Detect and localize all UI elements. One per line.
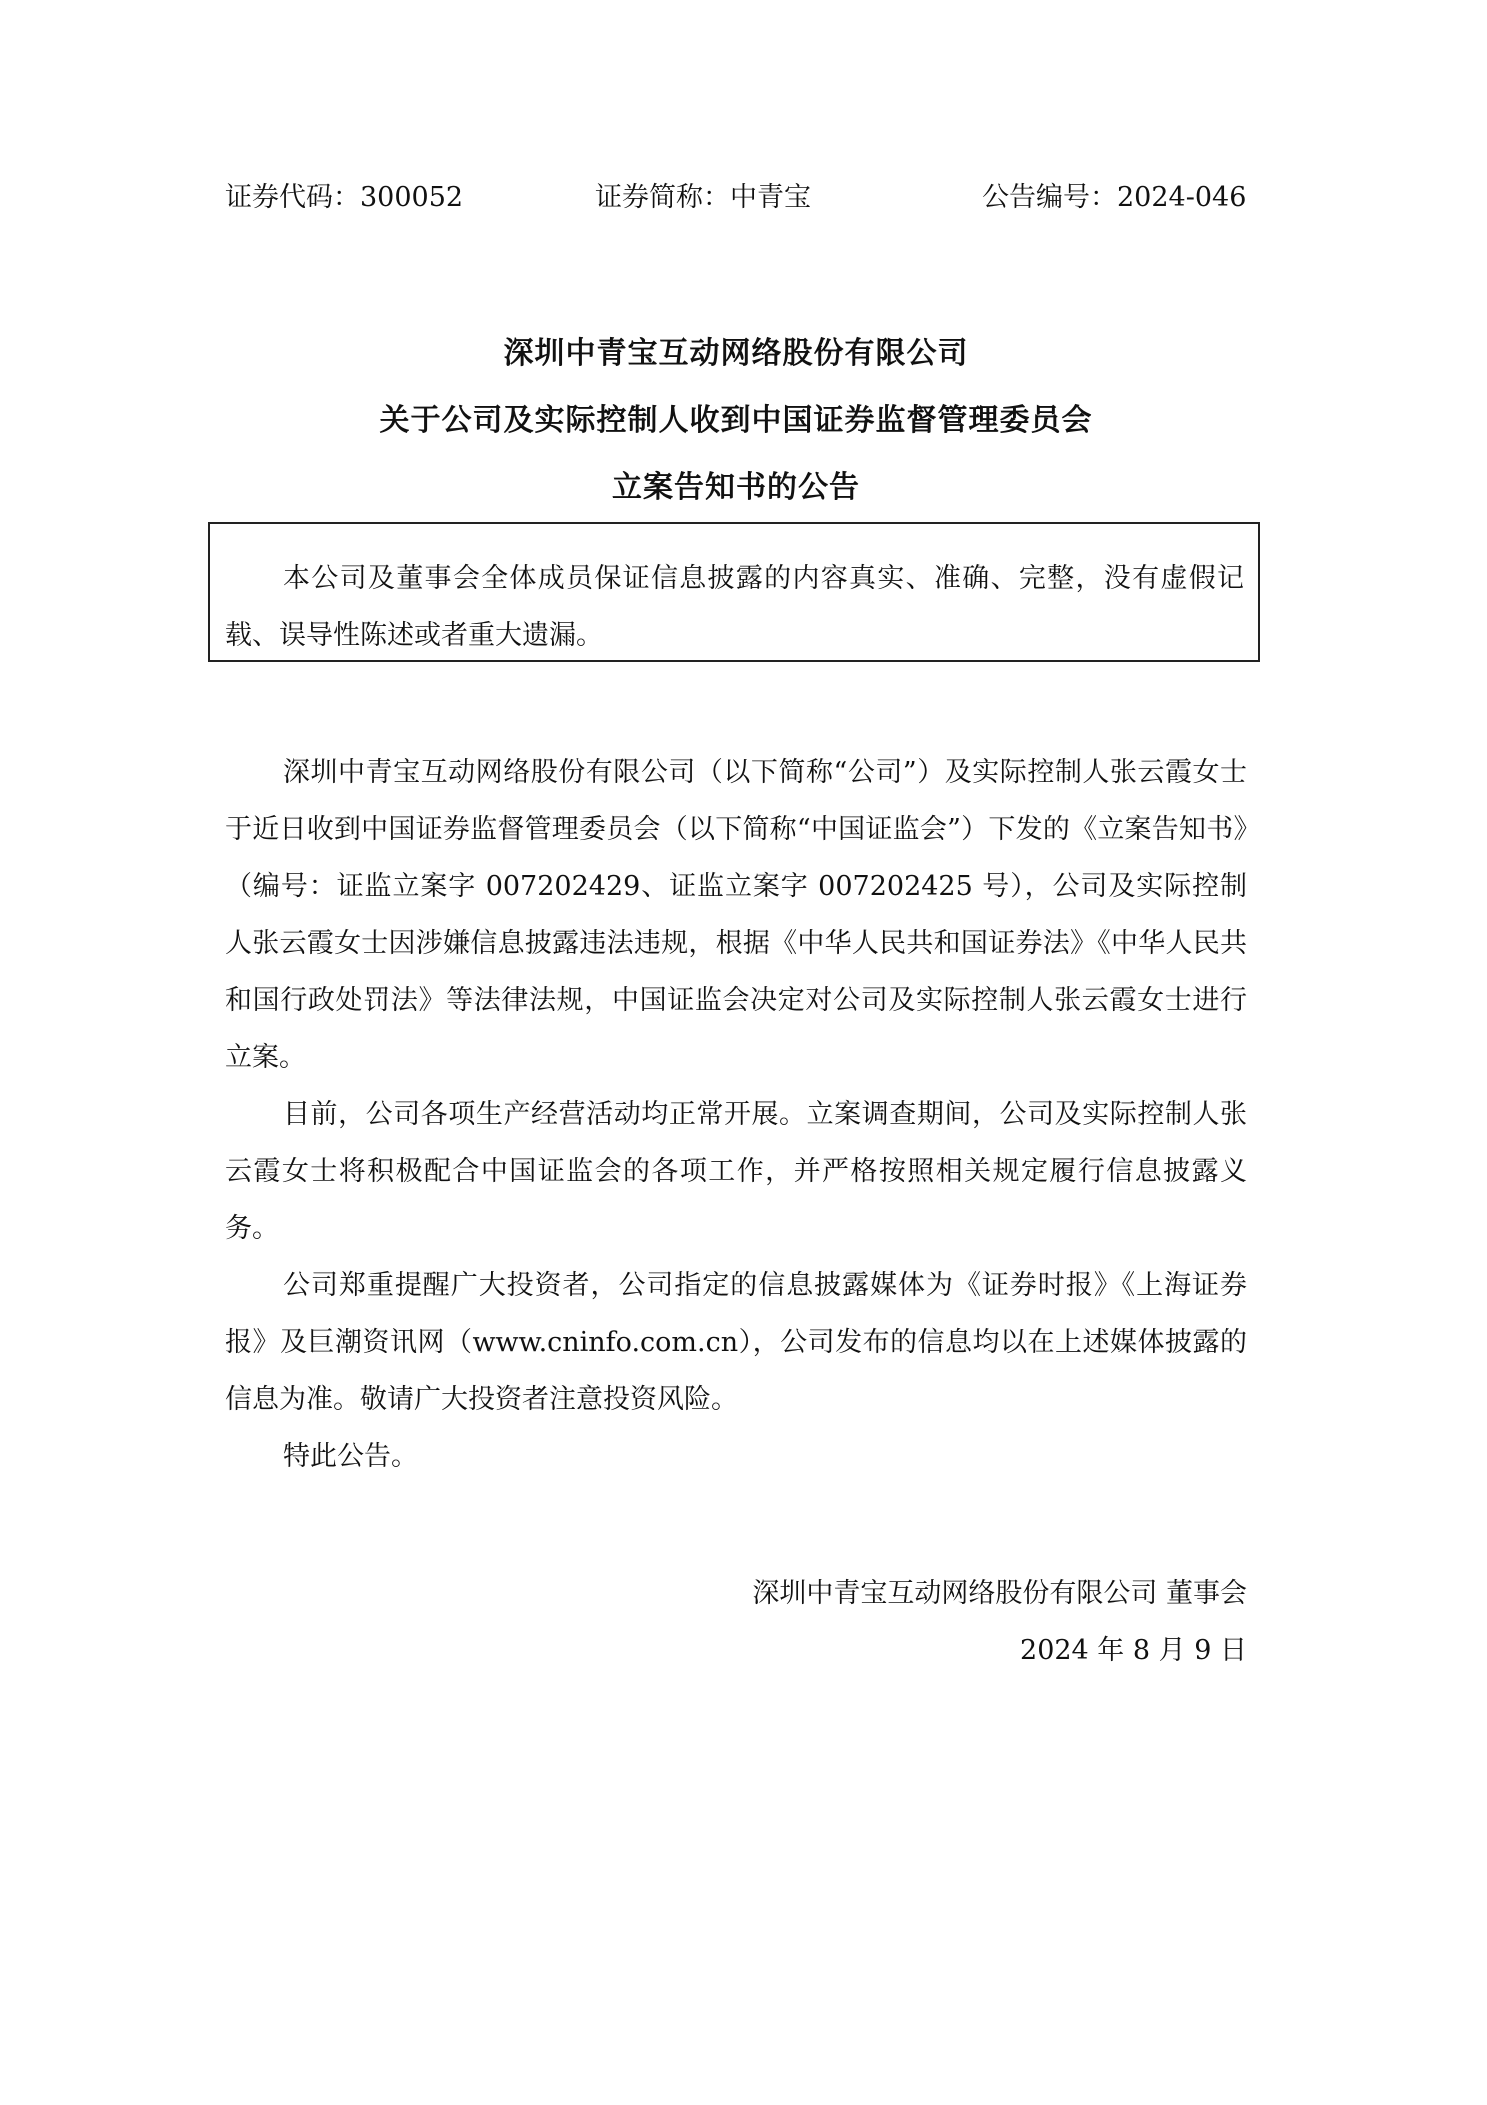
disclosure-statement-box: 本公司及董事会全体成员保证信息披露的内容真实、准确、完整，没有虚假记载、误导性陈…	[208, 522, 1260, 662]
announcement-body: 深圳中青宝互动网络股份有限公司（以下简称“公司”）及实际控制人张云霞女士于近日收…	[225, 744, 1247, 1485]
paragraph-investor-reminder: 公司郑重提醒广大投资者，公司指定的信息披露媒体为《证券时报》《上海证券报》及巨潮…	[225, 1257, 1247, 1428]
signature-block: 深圳中青宝互动网络股份有限公司 董事会 2024 年 8 月 9 日	[225, 1565, 1247, 1679]
paragraph-operations-status: 目前，公司各项生产经营活动均正常开展。立案调查期间，公司及实际控制人张云霞女士将…	[225, 1086, 1247, 1257]
title-line-topic: 立案告知书的公告	[225, 454, 1247, 521]
issuer-name: 深圳中青宝互动网络股份有限公司 董事会	[225, 1565, 1247, 1622]
issue-date: 2024 年 8 月 9 日	[225, 1622, 1247, 1679]
stock-abbreviation: 证券简称：中青宝	[595, 178, 811, 218]
paragraph-closing: 特此公告。	[225, 1428, 1247, 1485]
document-header: 证券代码：300052 证券简称：中青宝 公告编号：2024-046	[225, 178, 1255, 218]
document-page: 证券代码：300052 证券简称：中青宝 公告编号：2024-046 深圳中青宝…	[0, 0, 1487, 2105]
disclosure-statement-text: 本公司及董事会全体成员保证信息披露的内容真实、准确、完整，没有虚假记载、误导性陈…	[225, 563, 1244, 651]
title-line-subject: 关于公司及实际控制人收到中国证券监督管理委员会	[225, 387, 1247, 454]
stock-code: 证券代码：300052	[225, 178, 463, 218]
document-title: 深圳中青宝互动网络股份有限公司 关于公司及实际控制人收到中国证券监督管理委员会 …	[225, 320, 1247, 521]
announcement-number: 公告编号：2024-046	[982, 178, 1246, 218]
title-line-company: 深圳中青宝互动网络股份有限公司	[225, 320, 1247, 387]
paragraph-investigation-notice: 深圳中青宝互动网络股份有限公司（以下简称“公司”）及实际控制人张云霞女士于近日收…	[225, 744, 1247, 1086]
